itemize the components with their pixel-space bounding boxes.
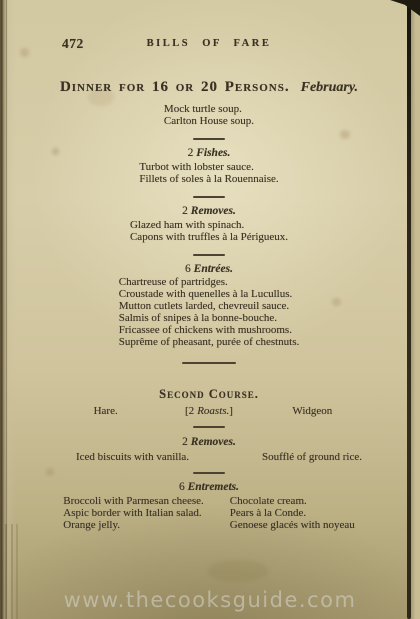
menu-item: Aspic border with Italian salad. bbox=[63, 507, 204, 519]
section-name: Fishes. bbox=[196, 147, 230, 159]
binding-crease bbox=[0, 0, 1, 619]
entremets-right-column: Chocolate cream. Pears à la Conde. Genoe… bbox=[230, 495, 355, 531]
course-divider bbox=[182, 362, 236, 364]
section-count: 6 bbox=[179, 481, 185, 493]
menu-item: Carlton House soup. bbox=[164, 115, 254, 127]
section-count: 2 bbox=[182, 436, 188, 448]
menu-item: Hare. bbox=[54, 405, 157, 417]
section-count: 6 bbox=[185, 263, 191, 275]
menu-item: Capons with truffles à la Périgueux. bbox=[130, 231, 288, 243]
removes-2-row: Iced biscuits with vanilla. Soufflé of g… bbox=[16, 451, 402, 463]
roasts-name: Roasts. bbox=[197, 405, 229, 417]
section-name: Removes. bbox=[191, 205, 236, 217]
menu-item: Chartreuse of partridges. bbox=[119, 276, 300, 288]
next-page-edge-right bbox=[410, 0, 420, 619]
section-heading-entremets: 6 Entremets. bbox=[16, 481, 402, 493]
section-name: Entrées. bbox=[194, 263, 233, 275]
menu-item: Suprême of pheasant, purée of chestnuts. bbox=[119, 336, 300, 348]
menu-item: Pears à la Conde. bbox=[230, 507, 355, 519]
roasts-label: [2Roasts.] bbox=[157, 405, 260, 417]
section-divider bbox=[193, 196, 225, 198]
page-header: 472 BILLS OF FARE bbox=[16, 38, 402, 52]
second-course-heading: Second Course. bbox=[16, 387, 402, 402]
menu-title-month: February. bbox=[301, 80, 358, 95]
menu-item: Fricassee of chickens with mushrooms. bbox=[119, 324, 300, 336]
section-divider bbox=[193, 254, 225, 256]
menu-item: Chocolate cream. bbox=[230, 495, 355, 507]
scanned-book-page: 472 BILLS OF FARE Dinner for 16 or 20 Pe… bbox=[0, 0, 420, 619]
page-content: 472 BILLS OF FARE Dinner for 16 or 20 Pe… bbox=[16, 0, 402, 619]
fishes-group: Turbot with lobster sauce. Fillets of so… bbox=[16, 161, 402, 187]
menu-item: Turbot with lobster sauce. bbox=[139, 161, 278, 173]
section-divider bbox=[193, 472, 225, 474]
book-edge-shadow-line bbox=[407, 0, 411, 619]
roasts-bracket-close: ] bbox=[229, 405, 233, 417]
section-name: Entremets. bbox=[188, 481, 239, 493]
menu-item: Widgeon bbox=[261, 405, 364, 417]
menu-item: Mutton cutlets larded, chevreuil sauce. bbox=[119, 300, 300, 312]
removes-group: Glazed ham with spinach. Capons with tru… bbox=[16, 219, 402, 245]
section-divider bbox=[193, 426, 225, 428]
menu-item: Broccoli with Parmesan cheese. bbox=[63, 495, 204, 507]
menu-item: Croustade with quenelles à la Lucullus. bbox=[119, 288, 300, 300]
menu-item: Soufflé of ground rice. bbox=[262, 451, 362, 463]
menu-item: Fillets of soles à la Rouennaise. bbox=[139, 173, 278, 185]
section-heading-fishes: 2 Fishes. bbox=[16, 147, 402, 159]
menu-title-text: Dinner for 16 or 20 Persons. bbox=[60, 79, 290, 95]
menu-item: Iced biscuits with vanilla. bbox=[76, 451, 189, 463]
menu-item: Salmis of snipes à la bonne-bouche. bbox=[119, 312, 300, 324]
section-count: 2 bbox=[182, 205, 188, 217]
entremets-left-column: Broccoli with Parmesan cheese. Aspic bor… bbox=[63, 495, 204, 531]
entremets-columns: Broccoli with Parmesan cheese. Aspic bor… bbox=[16, 495, 402, 531]
section-divider bbox=[193, 138, 225, 140]
watermark-text: www.thecooksguide.com bbox=[0, 588, 420, 612]
menu-item: Mock turtle soup. bbox=[164, 103, 254, 115]
roasts-bracket-count: [2 bbox=[185, 405, 194, 417]
section-name: Removes. bbox=[191, 436, 236, 448]
section-heading-removes-2: 2 Removes. bbox=[16, 436, 402, 448]
section-heading-entrees: 6 Entrées. bbox=[16, 263, 402, 275]
section-count: 2 bbox=[188, 147, 194, 159]
section-heading-removes: 2 Removes. bbox=[16, 205, 402, 217]
menu-title: Dinner for 16 or 20 Persons.February. bbox=[16, 79, 402, 96]
menu-item: Genoese glacés with noyeau bbox=[230, 519, 355, 531]
menu-item: Orange jelly. bbox=[63, 519, 204, 531]
roasts-row: Hare. [2Roasts.] Widgeon bbox=[54, 405, 364, 417]
menu-item: Glazed ham with spinach. bbox=[130, 219, 288, 231]
page-number: 472 bbox=[62, 36, 84, 52]
soups-group: Mock turtle soup. Carlton House soup. bbox=[16, 103, 402, 129]
entrees-group: Chartreuse of partridges. Croustade with… bbox=[16, 276, 402, 350]
